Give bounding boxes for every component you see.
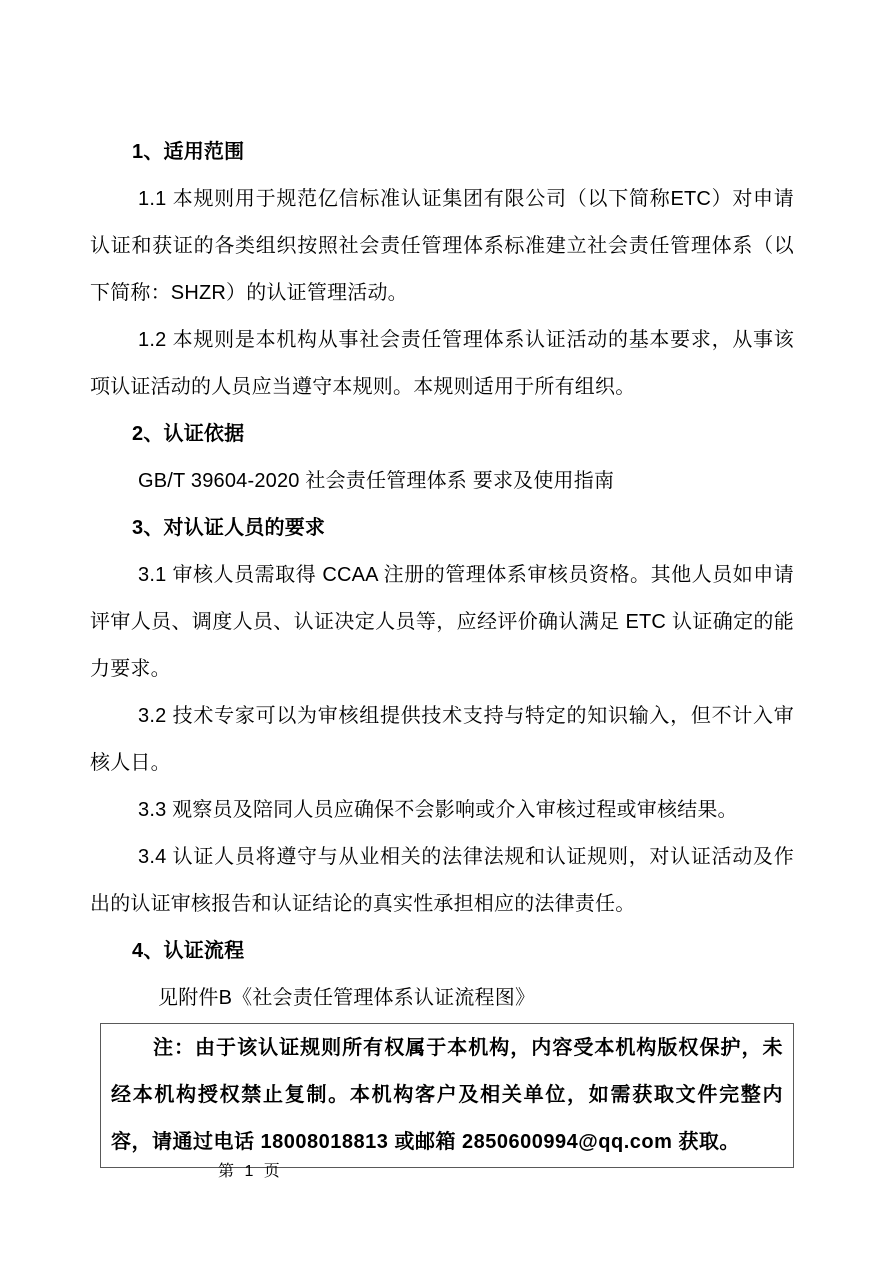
paragraph-3-4: 3.4 认证人员将遵守与从业相关的法律法规和认证规则，对认证活动及作出的认证审核… [90, 834, 794, 928]
page-number: 第 1 页 [218, 1160, 283, 1184]
paragraph-standard-reference: GB/T 39604-2020 社会责任管理体系 要求及使用指南 [90, 458, 794, 505]
copyright-note-box: 注：由于该认证规则所有权属于本机构，内容受本机构版权保护，未经本机构授权禁止复制… [100, 1023, 794, 1168]
paragraph-1-2: 1.2 本规则是本机构从事社会责任管理体系认证活动的基本要求，从事该项认证活动的… [90, 317, 794, 411]
section-heading-certification-process: 4、认证流程 [90, 928, 794, 975]
document-page: 1、适用范围 1.1 本规则用于规范亿信标准认证集团有限公司（以下简称ETC）对… [0, 0, 892, 1262]
document-content: 1、适用范围 1.1 本规则用于规范亿信标准认证集团有限公司（以下简称ETC）对… [90, 129, 794, 1168]
paragraph-1-1: 1.1 本规则用于规范亿信标准认证集团有限公司（以下简称ETC）对申请认证和获证… [90, 176, 794, 317]
section-heading-certification-basis: 2、认证依据 [90, 411, 794, 458]
copyright-note-text: 注：由于该认证规则所有权属于本机构，内容受本机构版权保护，未经本机构授权禁止复制… [111, 1025, 783, 1166]
section-heading-scope: 1、适用范围 [90, 129, 794, 176]
paragraph-3-2: 3.2 技术专家可以为审核组提供技术支持与特定的知识输入，但不计入审核人日。 [90, 693, 794, 787]
paragraph-appendix-reference: 见附件B《社会责任管理体系认证流程图》 [90, 975, 794, 1022]
paragraph-3-1: 3.1 审核人员需取得 CCAA 注册的管理体系审核员资格。其他人员如申请评审人… [90, 552, 794, 693]
paragraph-3-3: 3.3 观察员及陪同人员应确保不会影响或介入审核过程或审核结果。 [90, 787, 794, 834]
section-heading-personnel-requirements: 3、对认证人员的要求 [90, 505, 794, 552]
